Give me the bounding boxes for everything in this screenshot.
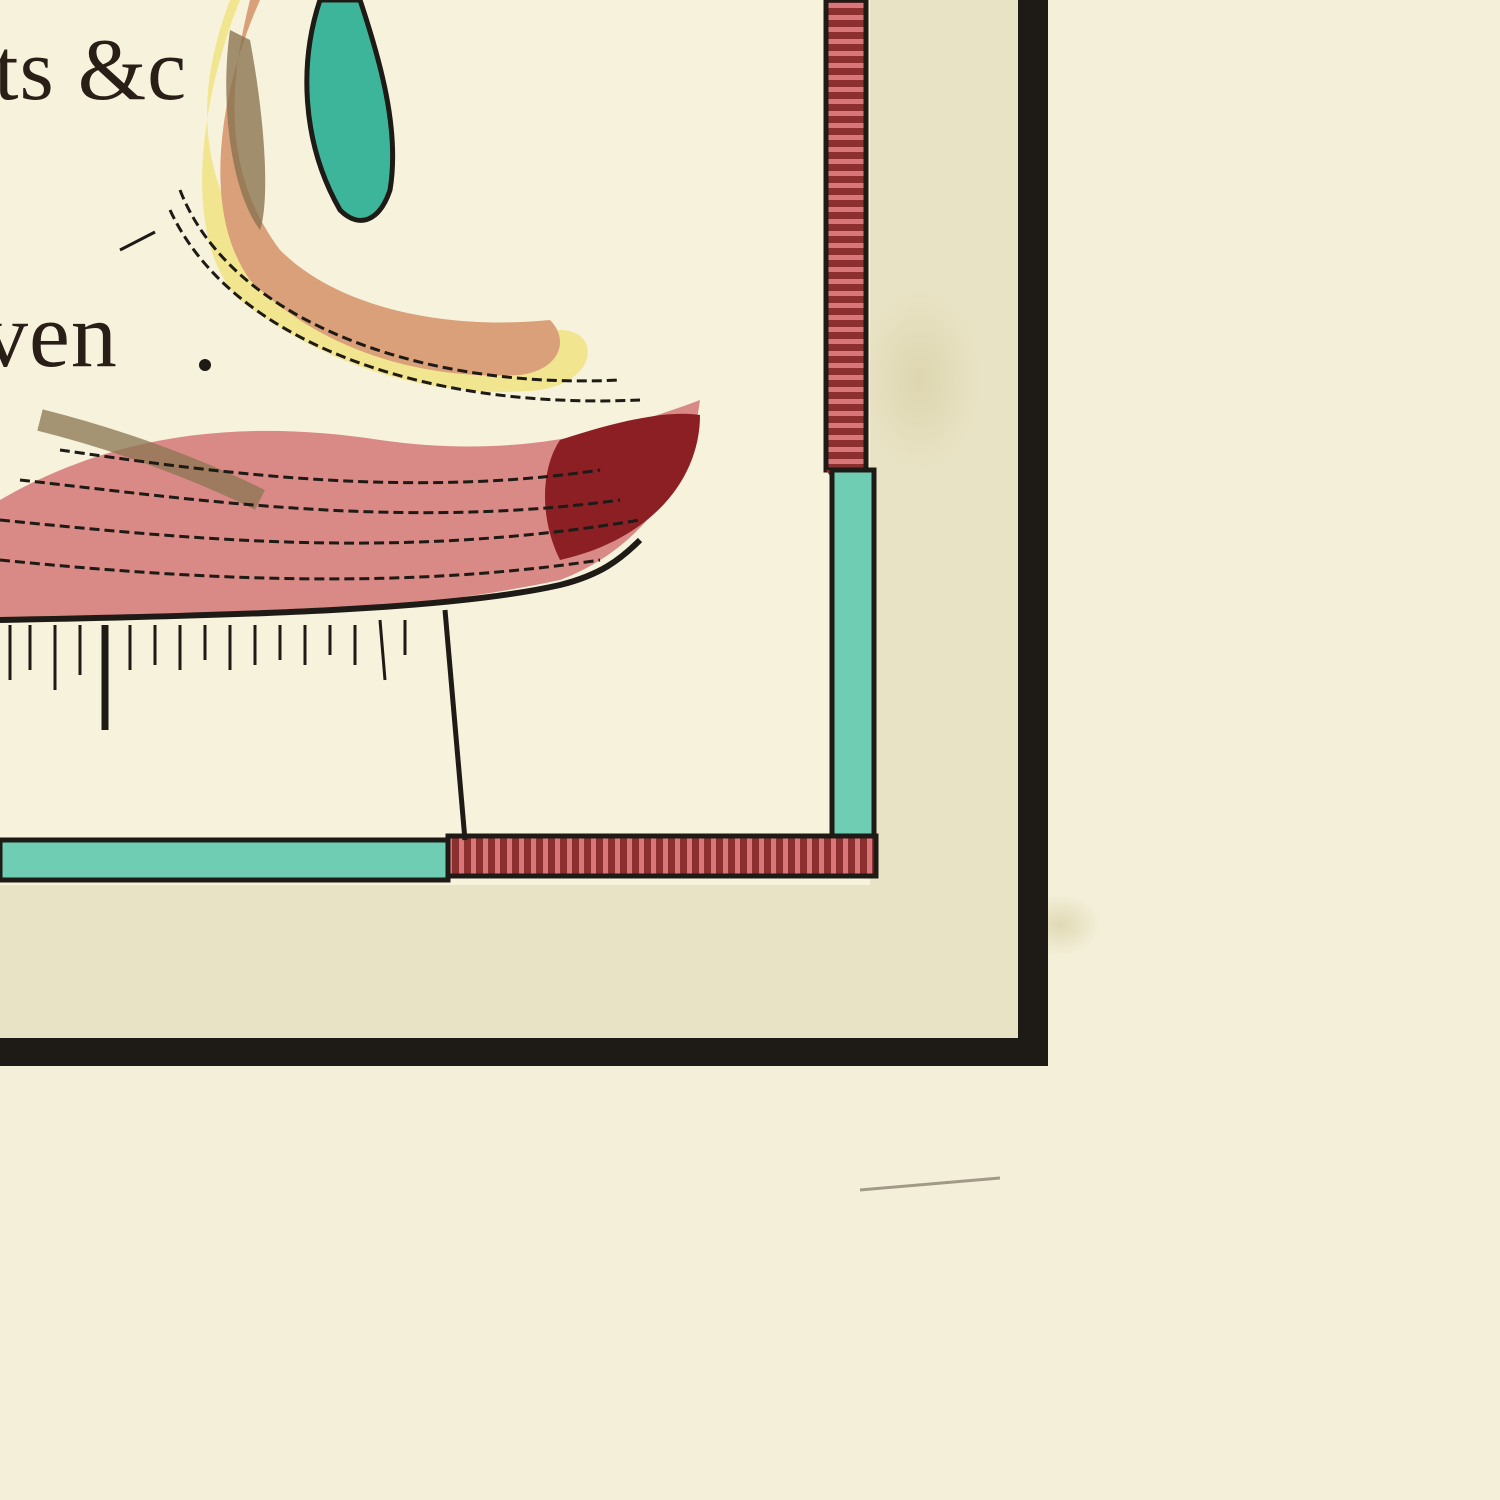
map-text-fragment-1: ts &c [0, 20, 187, 121]
frame-band-bottom [0, 885, 1030, 1045]
map-text-fragment-2: ven [0, 282, 118, 388]
antique-map-corner [0, 0, 1500, 1500]
